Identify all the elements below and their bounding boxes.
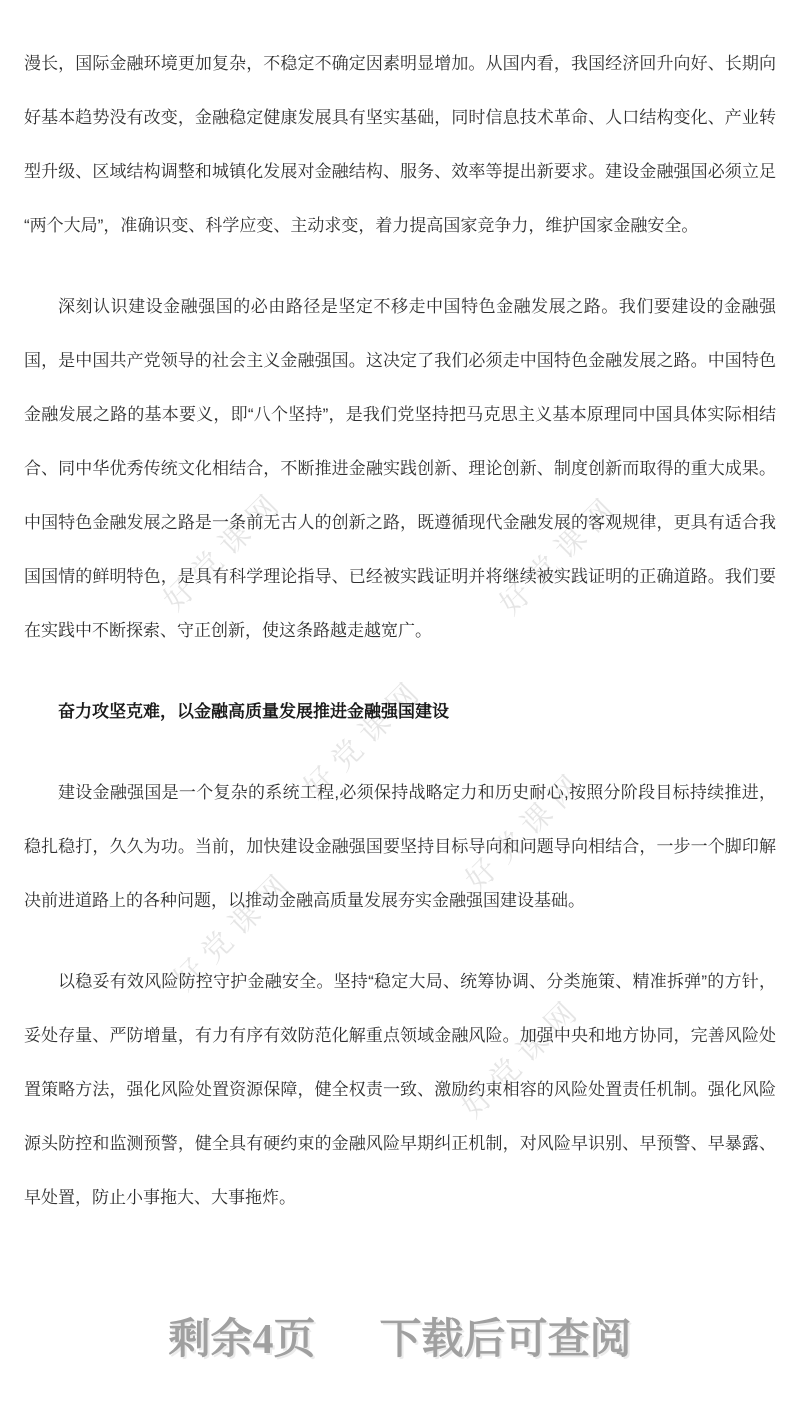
paragraph: 建设金融强国是一个复杂的系统工程,必须保持战略定力和历史耐心,按照分阶段目标持续…	[24, 766, 776, 928]
paragraph-continuation: 漫长，国际金融环境更加复杂，不稳定不确定因素明显增加。从国内看，我国经济回升向好…	[24, 37, 776, 253]
download-hint-label: 下载后可查阅	[380, 1312, 632, 1368]
page-footer: 剩余4页 下载后可查阅	[0, 1312, 800, 1368]
paragraph: 深刻认识建设金融强国的必由路径是坚定不移走中国特色金融发展之路。我们要建设的金融…	[24, 280, 776, 658]
document-body: 漫长，国际金融环境更加复杂，不稳定不确定因素明显增加。从国内看，我国经济回升向好…	[0, 0, 800, 1225]
paragraph: 以稳妥有效风险防控守护金融安全。坚持“稳定大局、统筹协调、分类施策、精准拆弹”的…	[24, 955, 776, 1225]
remaining-pages-label: 剩余4页	[168, 1312, 315, 1368]
document-page: 好党课网好党课网好党课网好党课网好党课网好党课网 漫长，国际金融环境更加复杂，不…	[0, 0, 800, 1416]
section-heading: 奋力攻坚克难，以金融高质量发展推进金融强国建设	[24, 685, 776, 739]
